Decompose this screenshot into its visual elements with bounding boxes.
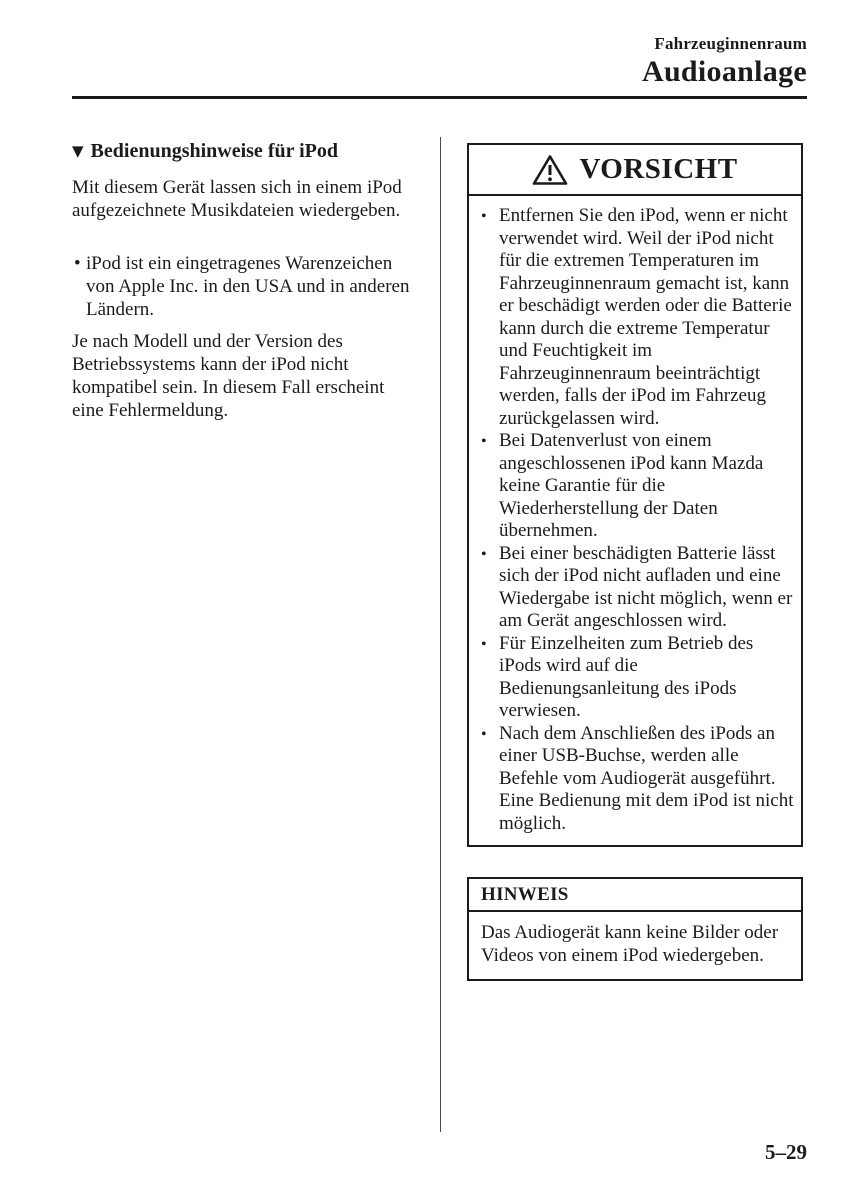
caution-item-list: • Entfernen Sie den iPod, wenn er nicht … (469, 196, 801, 845)
column-divider (440, 137, 441, 1132)
caution-item: • Für Einzelheiten zum Betrieb des iPods… (481, 633, 797, 723)
breadcrumb-section-label: Fahrzeuginnenraum (642, 34, 807, 54)
hinweis-box: HINWEIS Das Audiogerät kann keine Bilder… (467, 877, 803, 981)
triangle-marker-icon: ▼ (72, 142, 84, 160)
caution-item: • Entfernen Sie den iPod, wenn er nicht … (481, 205, 797, 430)
caution-item-text: Bei Datenverlust von einem angeschlossen… (499, 430, 797, 543)
header-rule-divider (72, 96, 807, 99)
list-item-text: iPod ist ein eingetragenes Warenzeichen … (86, 252, 416, 321)
left-column: ▼ Bedienungshinweise für iPod Mit diesem… (72, 140, 422, 422)
caution-item: • Nach dem Anschließen des iPods an eine… (481, 723, 797, 836)
caution-box-header: VORSICHT (469, 145, 801, 196)
warning-triangle-icon (532, 154, 568, 186)
caution-item-text: Bei einer beschädigten Batterie lässt si… (499, 543, 797, 633)
hinweis-title: HINWEIS (469, 879, 801, 912)
caution-title: VORSICHT (579, 153, 737, 186)
manual-page: Fahrzeuginnenraum Audioanlage ▼ Bedienun… (0, 0, 845, 1200)
bullet-icon: • (481, 430, 499, 543)
bullet-icon: • (72, 252, 86, 321)
caution-item: • Bei einer beschädigten Batterie lässt … (481, 543, 797, 633)
page-title: Audioanlage (642, 55, 807, 89)
caution-item-text: Nach dem Anschließen des iPods an einer … (499, 723, 797, 836)
bullet-icon: • (481, 633, 499, 723)
bullet-icon: • (481, 723, 499, 836)
caution-item: • Bei Datenverlust von einem angeschloss… (481, 430, 797, 543)
page-number: 5–29 (765, 1140, 807, 1165)
bullet-icon: • (481, 205, 499, 430)
trademark-bullet-list: • iPod ist ein eingetragenes Warenzeiche… (72, 252, 422, 321)
caution-item-text: Entfernen Sie den iPod, wenn er nicht ve… (499, 205, 797, 430)
list-item: • iPod ist ein eingetragenes Warenzeiche… (72, 252, 422, 321)
caution-box: VORSICHT • Entfernen Sie den iPod, wenn … (467, 143, 803, 847)
section-heading-label: Bedienungshinweise für iPod (91, 140, 338, 163)
intro-paragraph: Mit diesem Gerät lassen sich in einem iP… (72, 176, 402, 222)
section-heading: ▼ Bedienungshinweise für iPod (72, 140, 422, 163)
caution-item-text: Für Einzelheiten zum Betrieb des iPods w… (499, 633, 797, 723)
page-header: Fahrzeuginnenraum Audioanlage (642, 34, 807, 89)
compatibility-note-paragraph: Je nach Modell und der Version des Betri… (72, 330, 417, 422)
hinweis-body: Das Audiogerät kann keine Bilder oder Vi… (469, 912, 801, 979)
bullet-icon: • (481, 543, 499, 633)
